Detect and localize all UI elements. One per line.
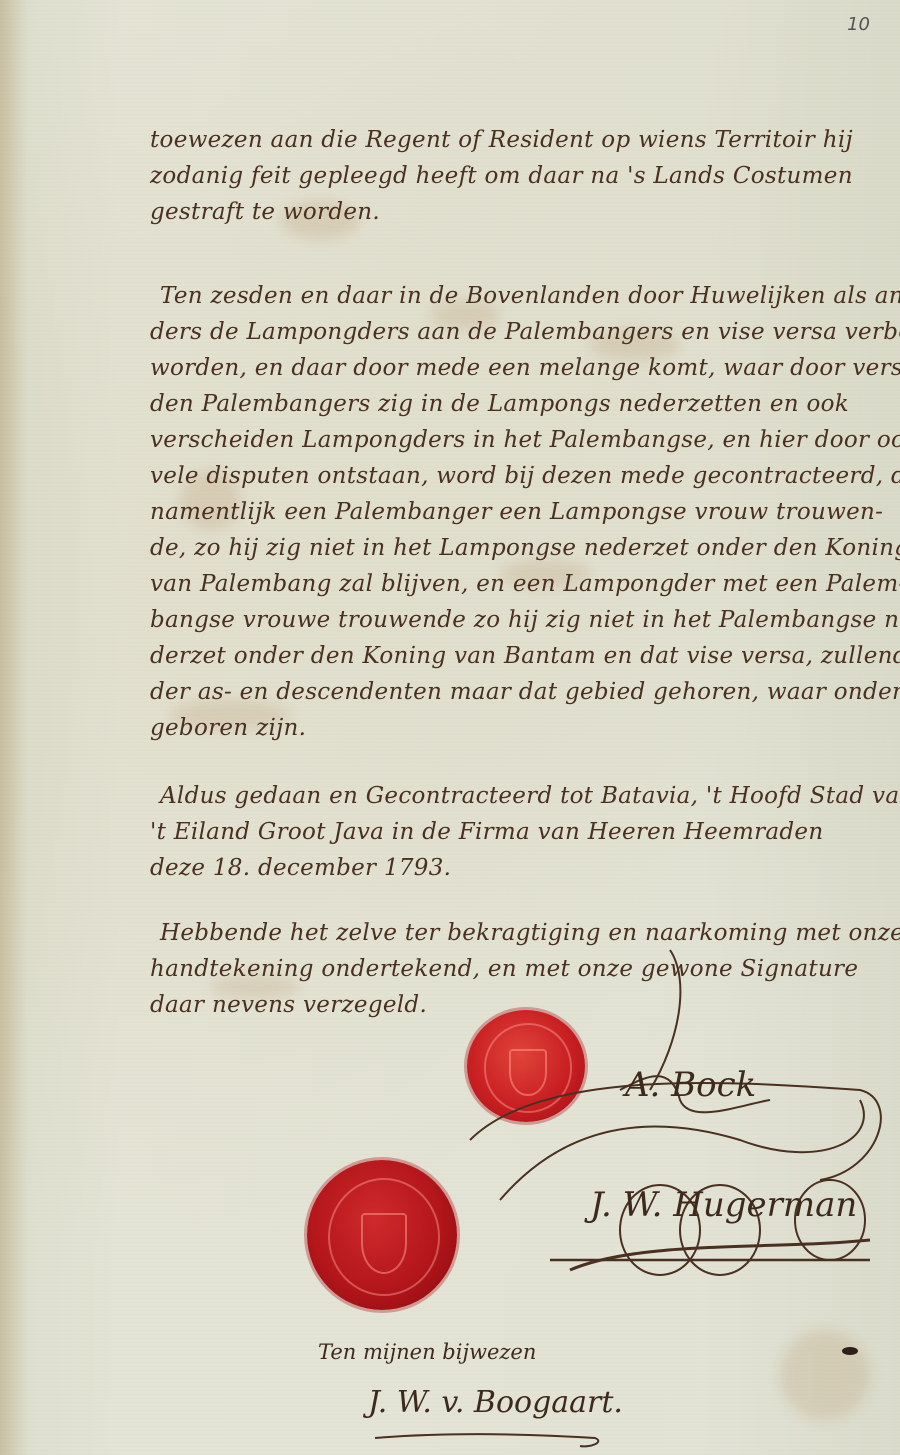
folio-number: 10 xyxy=(847,14,870,35)
text-line: bangse vrouwe trouwende zo hij zig niet … xyxy=(150,602,880,638)
paragraph-1: toewezen aan die Regent of Resident op w… xyxy=(150,122,880,230)
text-line: worden, en daar door mede een melange ko… xyxy=(150,350,880,386)
text-line: den Palembangers zig in de Lampongs nede… xyxy=(150,386,880,422)
manuscript-page: 10 toewezen aan die Regent of Resident o… xyxy=(0,0,900,1455)
text-line: Ten zesden en daar in de Bovenlanden doo… xyxy=(150,278,880,314)
text-line: zodanig feit gepleegd heeft om daar na '… xyxy=(150,158,880,194)
text-line: gestraft te worden. xyxy=(150,194,880,230)
text-line: van Palembang zal blijven, en een Lampon… xyxy=(150,566,880,602)
text-line: de, zo hij zig niet in het Lampongse ned… xyxy=(150,530,880,566)
text-line: vele disputen ontstaan, word bij dezen m… xyxy=(150,458,880,494)
seal-crest-icon xyxy=(361,1213,407,1274)
text-line: verscheiden Lampongders in het Palembang… xyxy=(150,422,880,458)
text-line: derzet onder den Koning van Bantam en da… xyxy=(150,638,880,674)
paragraph-3: Aldus gedaan en Gecontracteerd tot Batav… xyxy=(150,778,880,886)
stain xyxy=(780,1330,870,1420)
text-line: namentlijk een Palembanger een Lampongse… xyxy=(150,494,880,530)
text-line: geboren zijn. xyxy=(150,710,880,746)
text-line: der as- en descendenten maar dat gebied … xyxy=(150,674,880,710)
signature-flourish-icon xyxy=(440,940,900,1320)
text-line: deze 18. december 1793. xyxy=(150,850,880,886)
text-line: 't Eiland Groot Java in de Firma van Hee… xyxy=(150,814,880,850)
signature-2: J. W. Hugerman xyxy=(590,1185,857,1225)
witness-caption: Ten mijnen bijwezen xyxy=(318,1340,536,1364)
paragraph-2: Ten zesden en daar in de Bovenlanden doo… xyxy=(150,278,880,746)
witness-signature: J. W. v. Boogaart. xyxy=(368,1385,623,1420)
text-line: ders de Lampongders aan de Palembangers … xyxy=(150,314,880,350)
ink-blot xyxy=(842,1347,858,1355)
witness-underline-icon xyxy=(370,1430,610,1450)
text-line: toewezen aan die Regent of Resident op w… xyxy=(150,122,880,158)
text-line: Aldus gedaan en Gecontracteerd tot Batav… xyxy=(150,778,880,814)
signature-1: A. Bock xyxy=(625,1065,756,1105)
wax-seal-lower xyxy=(307,1160,457,1310)
